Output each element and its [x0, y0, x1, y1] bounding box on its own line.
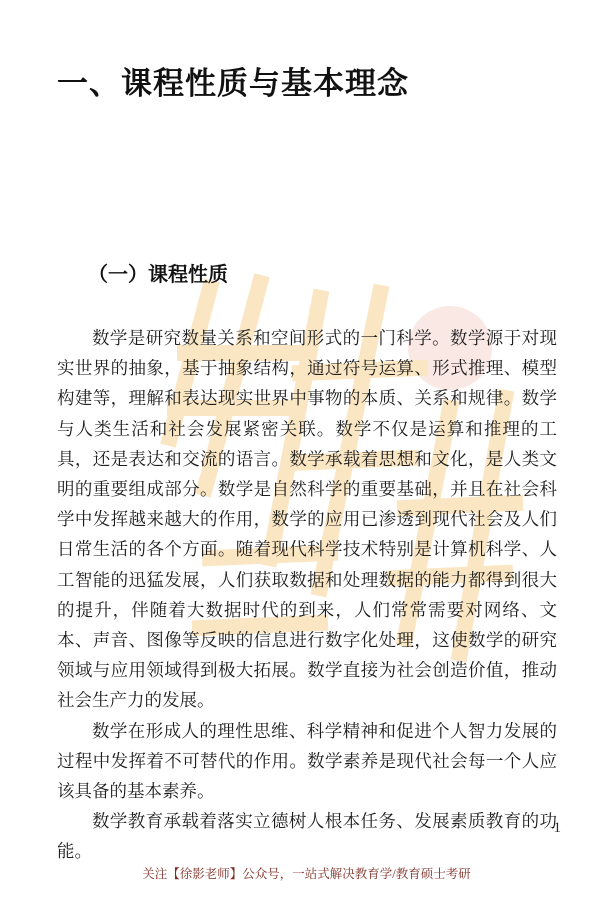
footer-note: 关注【徐影老师】公众号，一站式解决教育学/教育硕士考研 — [0, 864, 613, 882]
document-page: 一、课程性质与基本理念 （一）课程性质 数学是研究数量关系和空间形式的一门科学。… — [0, 0, 613, 917]
chapter-title: 一、课程性质与基本理念 — [57, 58, 409, 103]
body-paragraph: 数学教育承载着落实立德树人根本任务、发展素质教育的功能。 — [57, 806, 557, 866]
body-text-block: 数学是研究数量关系和空间形式的一门科学。数学源于对现实世界的抽象，基于抽象结构，… — [57, 323, 557, 867]
page-number: 1 — [554, 820, 562, 837]
body-paragraph: 数学在形成人的理性思维、科学精神和促进个人智力发展的过程中发挥着不可替代的作用。… — [57, 716, 557, 807]
body-paragraph: 数学是研究数量关系和空间形式的一门科学。数学源于对现实世界的抽象，基于抽象结构，… — [57, 323, 557, 716]
section-heading: （一）课程性质 — [88, 258, 228, 287]
